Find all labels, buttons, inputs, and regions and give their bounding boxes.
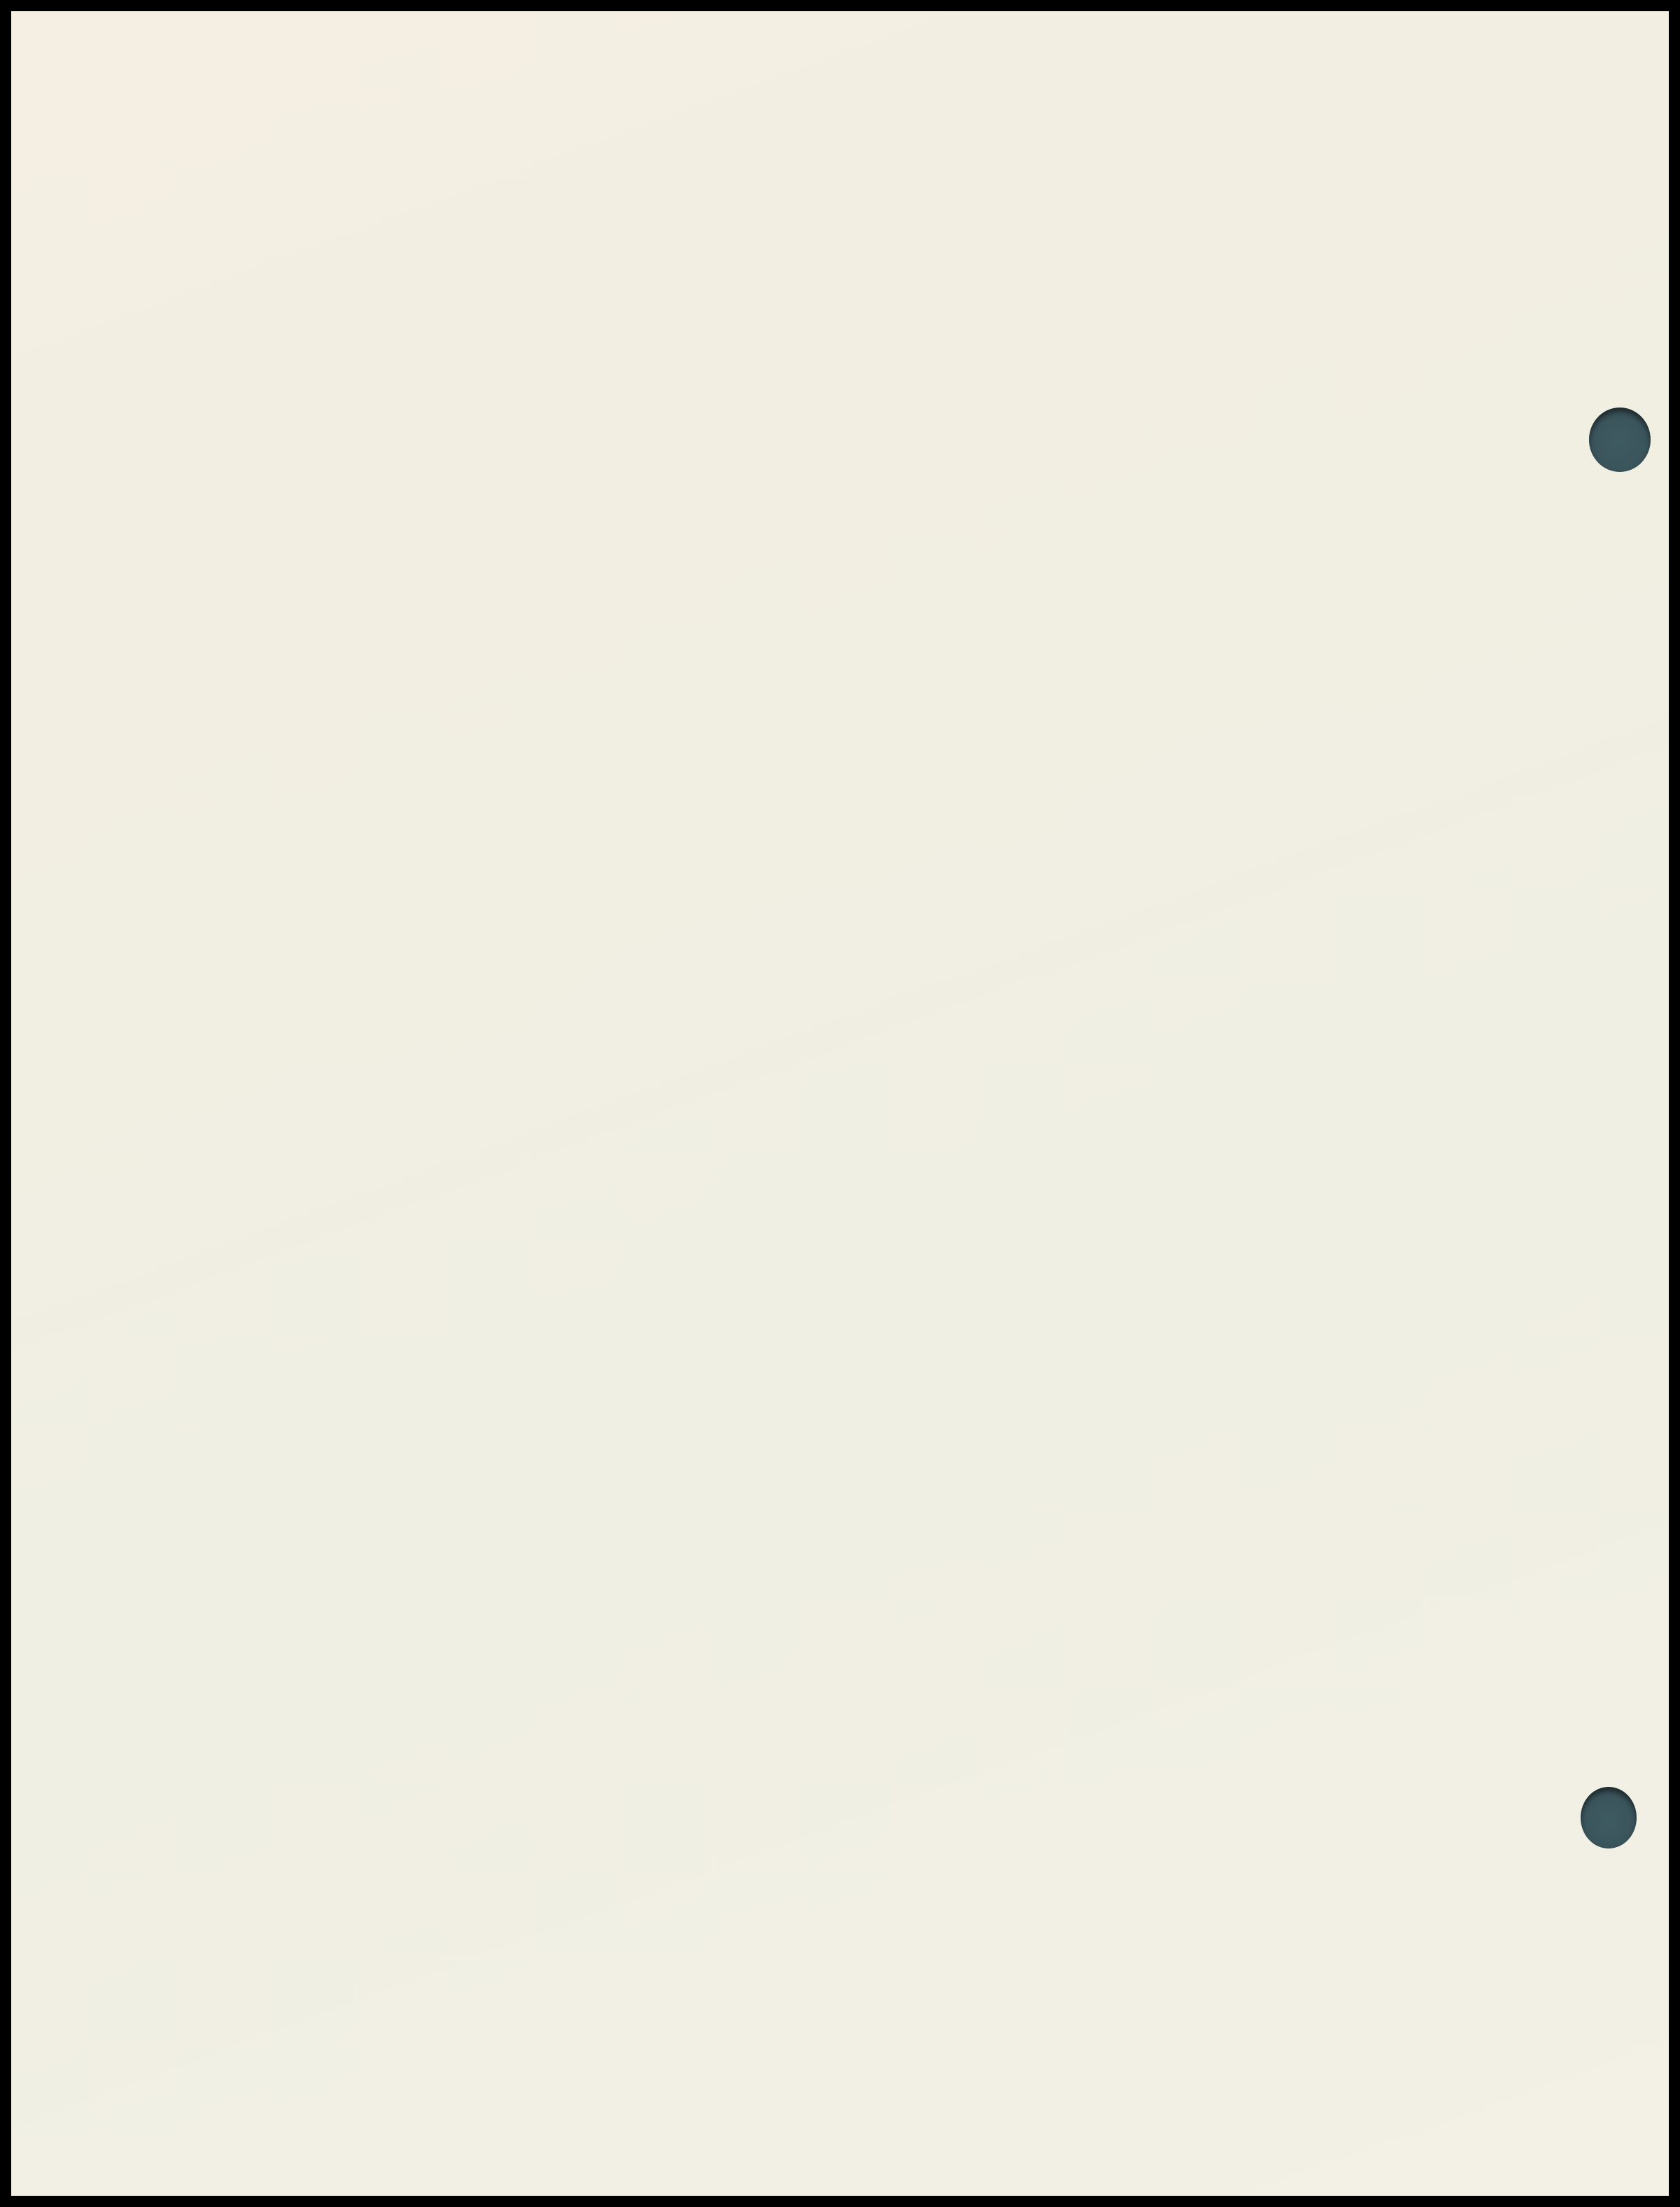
punch-hole-top bbox=[1589, 408, 1651, 472]
punch-hole-bottom bbox=[1581, 1787, 1637, 1849]
blank-document-page bbox=[11, 11, 1669, 2196]
